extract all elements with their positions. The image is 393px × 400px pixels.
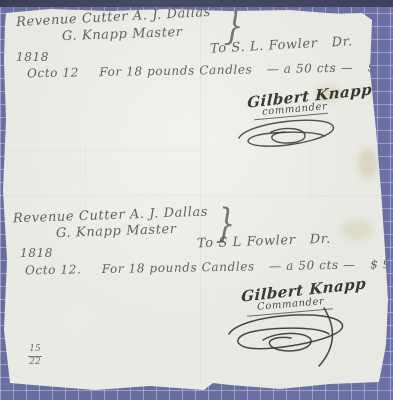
paper-stain: [358, 148, 378, 178]
master-header-line: G. Knapp Master: [56, 222, 177, 241]
horizontal-fold-crease: [4, 149, 200, 151]
horizontal-fold-crease: [3, 194, 385, 196]
entry-description: For 18 pounds Candles: [102, 259, 255, 276]
photograph-of-receipt: { "colors":{"mat":"#6b70a4","paper":"#e7…: [0, 0, 393, 400]
entry-rate: — a 50 cts —: [269, 258, 356, 274]
debtor-line: To S L Fowler Dr.: [197, 232, 331, 252]
year-label: 1818: [16, 50, 49, 64]
paper-stain: [342, 220, 372, 240]
entry-date: Octo 12: [27, 65, 79, 80]
receipt-paper: Revenue Cutter A. J. Dallas } G. Knapp M…: [0, 0, 393, 400]
notation-numerator: 15: [29, 344, 40, 354]
archival-notation: 15 22: [28, 345, 42, 368]
vessel-header-line: Revenue Cutter A. J. Dallas: [13, 205, 209, 227]
entry-description: For 18 pounds Candles: [99, 62, 252, 79]
notation-denominator: 22: [29, 357, 40, 367]
entry-rate: — a 50 cts —: [267, 61, 354, 77]
entry-line: Octo 12. For 18 pounds Candles — a 50 ct…: [25, 257, 393, 278]
mat-top-edge: [0, 0, 393, 7]
entry-date: Octo 12.: [25, 262, 82, 277]
signature-flourish: [221, 306, 351, 368]
year-label: 1818: [20, 246, 53, 260]
entry-line: Octo 12 For 18 pounds Candles — a 50 cts…: [27, 60, 393, 81]
vertical-fold-crease: [84, 138, 86, 208]
signature-flourish: [233, 112, 338, 160]
master-header-line: G. Knapp Master: [62, 25, 183, 44]
